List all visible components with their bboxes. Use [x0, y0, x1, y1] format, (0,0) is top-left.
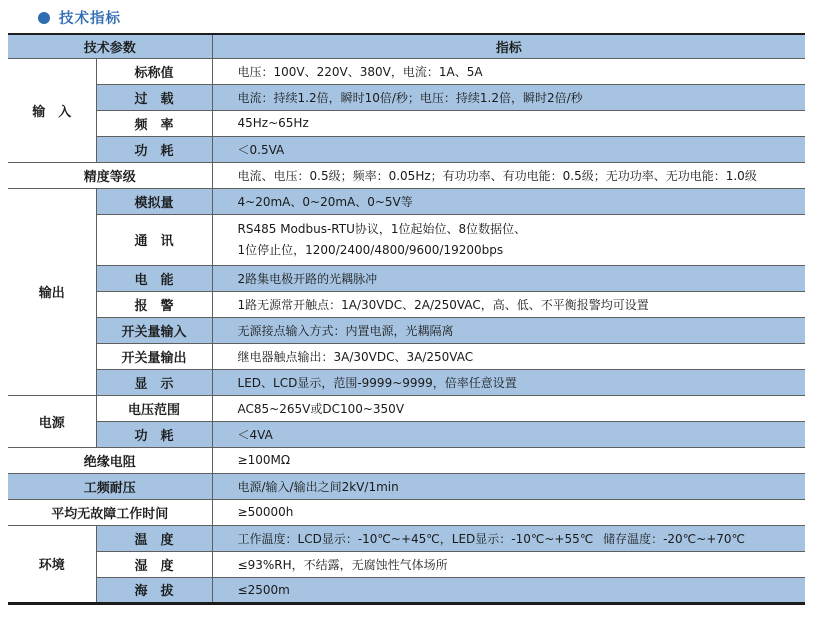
table-row: 精度等级 电流、电压：0.5级；频率：0.05Hz；有功功率、有功电能：0.5级… [8, 162, 805, 188]
header-param-col: 技术参数 [8, 34, 212, 58]
value-cell: 电源/输入/输出之间2kV/1min [212, 473, 805, 499]
param-cell: 标称值 [96, 58, 212, 84]
param-cell: 湿 度 [96, 551, 212, 577]
table-row: 电 能 2路集电极开路的光耦脉冲 [8, 265, 805, 291]
value-cell: 电流、电压：0.5级；频率：0.05Hz；有功功率、有功电能：0.5级；无功功率… [212, 162, 805, 188]
value-cell: RS485 Modbus-RTU协议，1位起始位、8位数据位、 1位停止位，12… [212, 214, 805, 265]
table-row: 过 载 电流：持续1.2倍，瞬时10倍/秒；电压：持续1.2倍，瞬时2倍/秒 [8, 84, 805, 110]
value-cell: ≤93%RH，不结露，无腐蚀性气体场所 [212, 551, 805, 577]
comm-line-2: 1位停止位，1200/2400/4800/9600/19200bps [238, 240, 806, 261]
value-cell: 工作温度：LCD显示：-10℃~+45℃，LED显示：-10℃~+55℃ 储存温… [212, 525, 805, 551]
table-row: 功 耗 ＜4VA [8, 421, 805, 447]
table-row: 显 示 LED、LCD显示，范围-9999~9999，倍率任意设置 [8, 369, 805, 395]
table-row: 平均无故障工作时间 ≥50000h [8, 499, 805, 525]
table-row: 开关量输出 继电器触点输出：3A/30VDC、3A/250VAC [8, 343, 805, 369]
param-cell: 开关量输入 [96, 317, 212, 343]
value-cell: LED、LCD显示，范围-9999~9999，倍率任意设置 [212, 369, 805, 395]
value-cell: 无源接点输入方式：内置电源，光耦隔离 [212, 317, 805, 343]
value-cell: ≤2500m [212, 577, 805, 603]
bullet-icon [38, 12, 50, 24]
param-cell-insulation: 绝缘电阻 [8, 447, 212, 473]
table-row: 湿 度 ≤93%RH，不结露，无腐蚀性气体场所 [8, 551, 805, 577]
table-row: 输出 模拟量 4~20mA、0~20mA、0~5V等 [8, 188, 805, 214]
table-row: 电源 电压范围 AC85~265V或DC100~350V [8, 395, 805, 421]
table-row: 环境 温 度 工作温度：LCD显示：-10℃~+45℃，LED显示：-10℃~+… [8, 525, 805, 551]
category-cell-input: 输 入 [8, 58, 96, 162]
param-cell: 海 拔 [96, 577, 212, 603]
param-cell-withstand: 工频耐压 [8, 473, 212, 499]
category-cell-power: 电源 [8, 395, 96, 447]
value-cell: ≥50000h [212, 499, 805, 525]
table-row: 海 拔 ≤2500m [8, 577, 805, 603]
value-cell: 继电器触点输出：3A/30VDC、3A/250VAC [212, 343, 805, 369]
param-cell: 频 率 [96, 110, 212, 136]
comm-line-1: RS485 Modbus-RTU协议，1位起始位、8位数据位、 [238, 219, 806, 240]
value-cell: 4~20mA、0~20mA、0~5V等 [212, 188, 805, 214]
table-row: 输 入 标称值 电压：100V、220V、380V，电流：1A、5A [8, 58, 805, 84]
value-cell: ＜4VA [212, 421, 805, 447]
value-cell: 2路集电极开路的光耦脉冲 [212, 265, 805, 291]
param-cell: 过 载 [96, 84, 212, 110]
param-cell: 报 警 [96, 291, 212, 317]
table-row: 功 耗 ＜0.5VA [8, 136, 805, 162]
param-cell: 模拟量 [96, 188, 212, 214]
category-cell-output: 输出 [8, 188, 96, 395]
value-cell: ≥100MΩ [212, 447, 805, 473]
value-cell: 电压：100V、220V、380V，电流：1A、5A [212, 58, 805, 84]
table-header-row: 技术参数 指标 [8, 34, 805, 58]
value-cell: 45Hz~65Hz [212, 110, 805, 136]
header-value-col: 指标 [212, 34, 805, 58]
section-title: 技术指标 [38, 7, 121, 28]
table-row: 绝缘电阻 ≥100MΩ [8, 447, 805, 473]
table-row: 通 讯 RS485 Modbus-RTU协议，1位起始位、8位数据位、 1位停止… [8, 214, 805, 265]
param-cell-mtbf: 平均无故障工作时间 [8, 499, 212, 525]
table-row: 报 警 1路无源常开触点：1A/30VDC、2A/250VAC，高、低、不平衡报… [8, 291, 805, 317]
param-cell: 显 示 [96, 369, 212, 395]
param-cell: 电 能 [96, 265, 212, 291]
param-cell: 功 耗 [96, 136, 212, 162]
spec-table: 技术参数 指标 输 入 标称值 电压：100V、220V、380V，电流：1A、… [8, 33, 805, 605]
category-cell-environment: 环境 [8, 525, 96, 603]
param-cell-accuracy: 精度等级 [8, 162, 212, 188]
param-cell: 开关量输出 [96, 343, 212, 369]
page-title: 技术指标 [59, 7, 121, 28]
operating-temperature: 工作温度：LCD显示：-10℃~+45℃，LED显示：-10℃~+55℃ [238, 530, 594, 547]
table-row: 频 率 45Hz~65Hz [8, 110, 805, 136]
storage-temperature: 储存温度：-20℃~+70℃ [603, 530, 745, 547]
param-cell: 电压范围 [96, 395, 212, 421]
value-cell: 电流：持续1.2倍，瞬时10倍/秒；电压：持续1.2倍，瞬时2倍/秒 [212, 84, 805, 110]
value-cell: ＜0.5VA [212, 136, 805, 162]
param-cell: 通 讯 [96, 214, 212, 265]
param-cell: 温 度 [96, 525, 212, 551]
table-row: 开关量输入 无源接点输入方式：内置电源，光耦隔离 [8, 317, 805, 343]
value-cell: AC85~265V或DC100~350V [212, 395, 805, 421]
table-row: 工频耐压 电源/输入/输出之间2kV/1min [8, 473, 805, 499]
param-cell: 功 耗 [96, 421, 212, 447]
value-cell: 1路无源常开触点：1A/30VDC、2A/250VAC，高、低、不平衡报警均可设… [212, 291, 805, 317]
